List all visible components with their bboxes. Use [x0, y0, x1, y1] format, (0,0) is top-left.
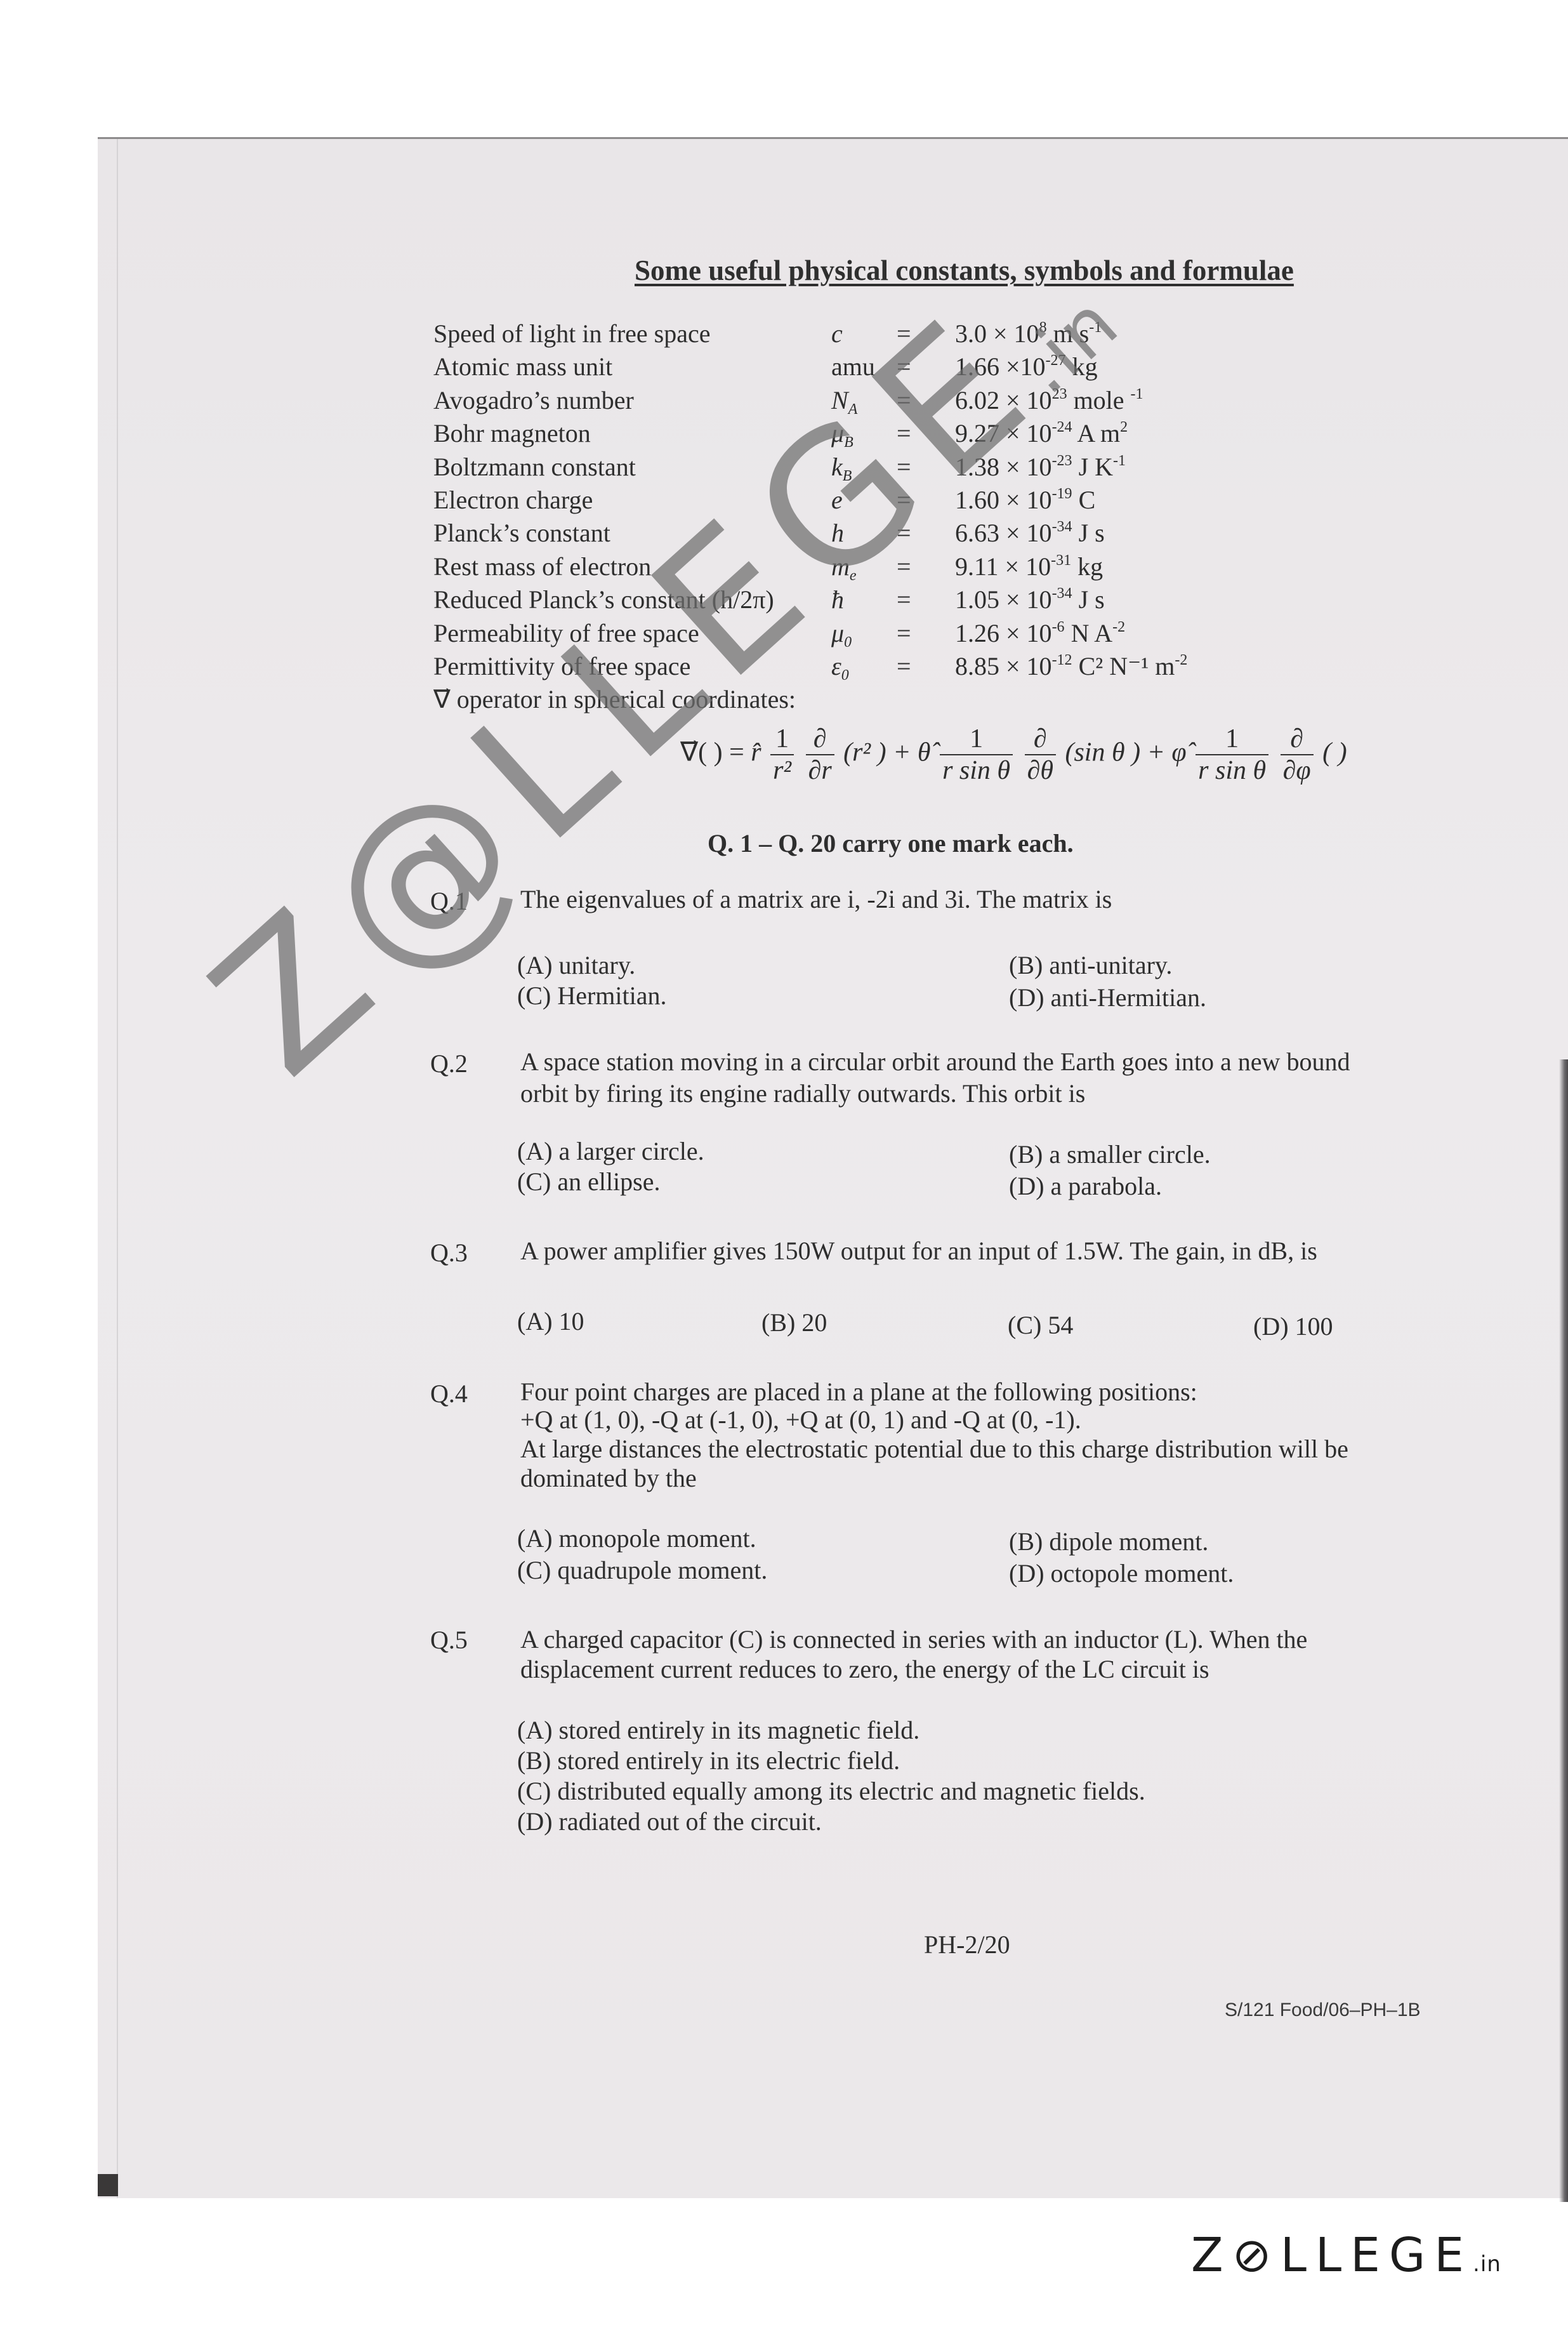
brand-name: Z⊘LLEGE — [1191, 2228, 1473, 2283]
question-text-line-2: +Q at (1, 0), -Q at (-1, 0), +Q at (0, 1… — [520, 1404, 1081, 1436]
equals-sign: = — [897, 384, 911, 417]
question-number: Q.5 — [430, 1625, 468, 1655]
question-number: Q.2 — [430, 1049, 468, 1078]
constant-value: 6.63 × 10-34 J s — [955, 517, 1105, 550]
option-b[interactable]: (B) a smaller circle. — [1009, 1139, 1211, 1169]
equals-sign: = — [897, 417, 911, 450]
equals-sign: = — [897, 484, 911, 517]
question-text-line-3: At large distances the electrostatic pot… — [520, 1433, 1348, 1465]
option-c[interactable]: (C) distributed equally among its electr… — [517, 1776, 1145, 1806]
option-c[interactable]: (C) quadrupole moment. — [517, 1555, 767, 1585]
constant-symbol: h — [831, 517, 844, 550]
option-a[interactable]: (A) monopole moment. — [517, 1523, 756, 1553]
option-d[interactable]: (D) octopole moment. — [1009, 1558, 1234, 1588]
constant-name: Reduced Planck’s constant (h/2π) — [433, 583, 774, 616]
equals-sign: = — [897, 451, 911, 484]
constant-value: 1.05 × 10-34 J s — [955, 583, 1105, 616]
equals-sign: = — [897, 550, 911, 583]
constant-value: 9.11 × 10-31 kg — [955, 550, 1103, 583]
paper-code: S/121 Food/06–PH–1B — [1225, 1999, 1421, 2021]
option-d[interactable]: (D) anti-Hermitian. — [1009, 983, 1206, 1012]
constant-symbol: amu — [831, 350, 875, 383]
nabla-formula: ∇⃗( ) = r̂ 1r² ∂∂r (r² ) + θ̂ 1r sin θ ∂… — [680, 724, 1347, 800]
question-text: A power amplifier gives 150W output for … — [520, 1235, 1317, 1267]
question-text-line-2: displacement current reduces to zero, th… — [520, 1654, 1209, 1685]
option-a[interactable]: (A) 10 — [517, 1306, 584, 1336]
brand-domain: .in — [1473, 2251, 1501, 2277]
constant-value: 6.02 × 1023 mole -1 — [955, 384, 1143, 417]
constant-value: 1.26 × 10-6 N A-2 — [955, 617, 1125, 650]
option-a[interactable]: (A) a larger circle. — [517, 1136, 704, 1166]
constant-symbol: ε0 — [831, 650, 849, 683]
constant-name: Avogadro’s number — [433, 384, 634, 417]
constant-value: 8.85 × 10-12 C² N⁻¹ m-2 — [955, 650, 1187, 683]
constant-symbol: μB — [831, 417, 853, 450]
constant-name: Planck’s constant — [433, 517, 610, 550]
constant-name: Boltzmann constant — [433, 451, 636, 484]
constant-name: Atomic mass unit — [433, 350, 612, 383]
constant-name: Permeability of free space — [433, 617, 699, 650]
question-text-line-1: Four point charges are placed in a plane… — [520, 1376, 1197, 1408]
brand-logo[interactable]: Z⊘LLEGE.in — [1191, 2228, 1501, 2283]
page-number: PH-2/20 — [924, 1930, 1010, 1959]
option-c[interactable]: (C) 54 — [1008, 1310, 1073, 1340]
option-a[interactable]: (A) stored entirely in its magnetic fiel… — [517, 1715, 919, 1745]
constant-symbol: ħ — [831, 583, 844, 616]
constant-symbol: μ0 — [831, 617, 852, 650]
page-fold-line — [117, 139, 118, 2198]
equals-sign: = — [897, 317, 911, 350]
constant-value: 1.38 × 10-23 J K-1 — [955, 451, 1126, 484]
option-c[interactable]: (C) Hermitian. — [517, 981, 667, 1011]
option-b[interactable]: (B) anti-unitary. — [1009, 950, 1172, 980]
constant-symbol: kB — [831, 451, 852, 484]
question-text-line-1: A charged capacitor (C) is connected in … — [520, 1624, 1307, 1655]
scan-corner-mark — [98, 2174, 118, 2196]
question-text-line-1: A space station moving in a circular orb… — [520, 1046, 1350, 1078]
constant-name: Electron charge — [433, 484, 593, 517]
constant-value: 3.0 × 108 m s-1 — [955, 317, 1102, 350]
constant-name: Speed of light in free space — [433, 317, 711, 350]
equals-sign: = — [897, 617, 911, 650]
option-d[interactable]: (D) radiated out of the circuit. — [517, 1807, 822, 1836]
equals-sign: = — [897, 350, 911, 383]
question-text-line-4: dominated by the — [520, 1462, 697, 1494]
constant-symbol: NA — [831, 384, 857, 417]
nabla-label: ∇⃗ operator in spherical coordinates: — [433, 684, 796, 714]
page-edge-shadow — [1559, 1059, 1568, 2202]
option-d[interactable]: (D) 100 — [1253, 1311, 1333, 1341]
constant-symbol: c — [831, 317, 843, 350]
constant-name: Bohr magneton — [433, 417, 591, 450]
equals-sign: = — [897, 650, 911, 683]
question-number: Q.1 — [430, 886, 468, 916]
equals-sign: = — [897, 583, 911, 616]
question-text: The eigenvalues of a matrix are i, -2i a… — [520, 884, 1112, 915]
constant-name: Rest mass of electron — [433, 550, 651, 583]
section-heading: Q. 1 – Q. 20 carry one mark each. — [708, 828, 1074, 858]
option-b[interactable]: (B) dipole moment. — [1009, 1527, 1208, 1556]
question-number: Q.3 — [430, 1238, 468, 1268]
constant-value: 9.27 × 10-24 A m2 — [955, 417, 1128, 450]
option-a[interactable]: (A) unitary. — [517, 950, 635, 980]
constant-value: 1.60 × 10-19 C — [955, 484, 1095, 517]
question-text-line-2: orbit by firing its engine radially outw… — [520, 1078, 1085, 1110]
constant-symbol: e — [831, 484, 843, 517]
constant-value: 1.66 ×10-27 kg — [955, 350, 1098, 383]
constant-symbol: me — [831, 550, 857, 583]
equals-sign: = — [897, 517, 911, 550]
option-b[interactable]: (B) stored entirely in its electric fiel… — [517, 1746, 900, 1775]
constant-name: Permittivity of free space — [433, 650, 690, 683]
page-title: Some useful physical constants, symbols … — [635, 254, 1294, 287]
question-number: Q.4 — [430, 1379, 468, 1409]
option-b[interactable]: (B) 20 — [761, 1308, 827, 1337]
option-d[interactable]: (D) a parabola. — [1009, 1171, 1162, 1201]
option-c[interactable]: (C) an ellipse. — [517, 1167, 661, 1197]
